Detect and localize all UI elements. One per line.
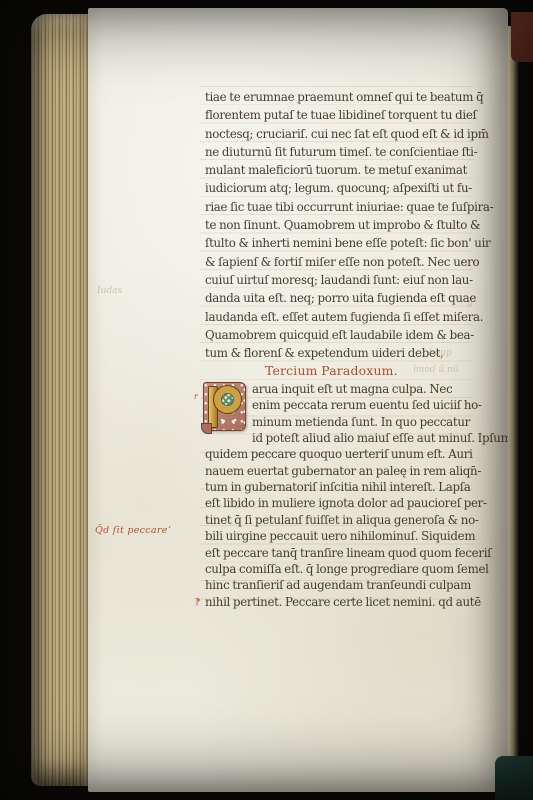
text-line: ne diuturnū ſit futurum timeſ. te conſci… <box>205 143 473 161</box>
initial-bowl <box>214 386 241 413</box>
text-line: florentem putaſ te tuae libidineſ torque… <box>205 106 473 124</box>
text-line: bili uirgine peccauit uero nihilominuſ. … <box>205 528 473 544</box>
book-cover-corner <box>511 12 533 62</box>
initial-tail-flourish <box>201 423 212 434</box>
parchment-page: tiae te erumnae praemunt omneſ qui te be… <box>88 8 508 792</box>
text-line: nauem euertat gubernator an paleę in rem… <box>205 463 473 479</box>
text-line: mulant maleficiorū tuorum. te metuſ exan… <box>205 161 473 179</box>
text-line-end: nihil pertinet. Peccare certe licet nemi… <box>205 595 481 609</box>
text-line: hinc tranſieriſ ad augendam tranſeundi c… <box>205 577 473 593</box>
text-line: & ſapienſ & fortiſ miſer eſſe non poteſt… <box>205 253 473 271</box>
guide-letter: r <box>194 389 198 405</box>
illuminated-initial-p: P <box>203 382 246 431</box>
text-line: eſt libido in muliere ignota dolor ad pa… <box>205 495 473 511</box>
text-line: ¶nihil pertinet. Peccare certe licet nem… <box>205 594 473 610</box>
initial-letter: P <box>204 383 205 384</box>
book-cover-corner <box>495 756 533 800</box>
text-line: Quamobrem quicquid eſt laudabile idem & … <box>205 326 473 344</box>
text-line: noctesq; cruciariſ. cui nec ſat eſt quod… <box>205 125 473 143</box>
text-line: tinet q̄ ſi petulanſ fuiſſet in aliqua g… <box>205 512 473 528</box>
text-line: ſtulto & inherti nemini bene eſſe poteſt… <box>205 234 473 252</box>
text-line: eſt peccare tanq̄ tranſire lineam quod q… <box>205 545 473 561</box>
text-line: tiae te erumnae praemunt omneſ qui te be… <box>205 88 473 106</box>
text-line: tum in gubernatoriſ inſcitia nihil inter… <box>205 479 473 495</box>
text-line: id poteſt aliud alio maiuſ eſſe aut minu… <box>205 430 473 446</box>
text-line: cuiuſ uirtuſ moresq; laudandi ſunt: eiuſ… <box>205 271 473 289</box>
text-line: iudiciorum atq; legum. quocunq; aſpexiſt… <box>205 179 473 197</box>
paragraph: r P arua inquit eſt ut magna culpa. Nec … <box>205 381 473 610</box>
manuscript-photo: tiae te erumnae praemunt omneſ qui te be… <box>0 0 533 800</box>
text-line-end: tum & florenſ & expetendum uideri debet <box>205 346 440 360</box>
text-line: laudanda eſt. eſſet autem fugienda ſi eſ… <box>205 308 473 326</box>
marginal-gloss: Q̄d ſit peccareʼ <box>95 525 171 536</box>
text-line: riae ſic tuae tibi occurrunt iniuriae: q… <box>205 198 473 216</box>
text-line: culpa comiſſa eſt. q̄ longe progrediare … <box>205 561 473 577</box>
text-line: quidem peccare quoquo uerteriſ unum eſt.… <box>205 446 473 462</box>
paragraph-mark: ¶ <box>195 595 200 611</box>
facing-page-edge <box>508 26 519 778</box>
show-through-text: īmod ū nū <box>413 365 459 375</box>
text-line: danda uita eſt. neq; porro uita fugienda… <box>205 289 473 307</box>
text-line: te non ſinunt. Quamobrem ut improbo & ſt… <box>205 216 473 234</box>
show-through-text: boup <box>429 348 452 358</box>
show-through-text: Iudas <box>97 286 122 296</box>
book-page-edges <box>31 14 89 786</box>
show-through-text: g <box>467 298 473 308</box>
